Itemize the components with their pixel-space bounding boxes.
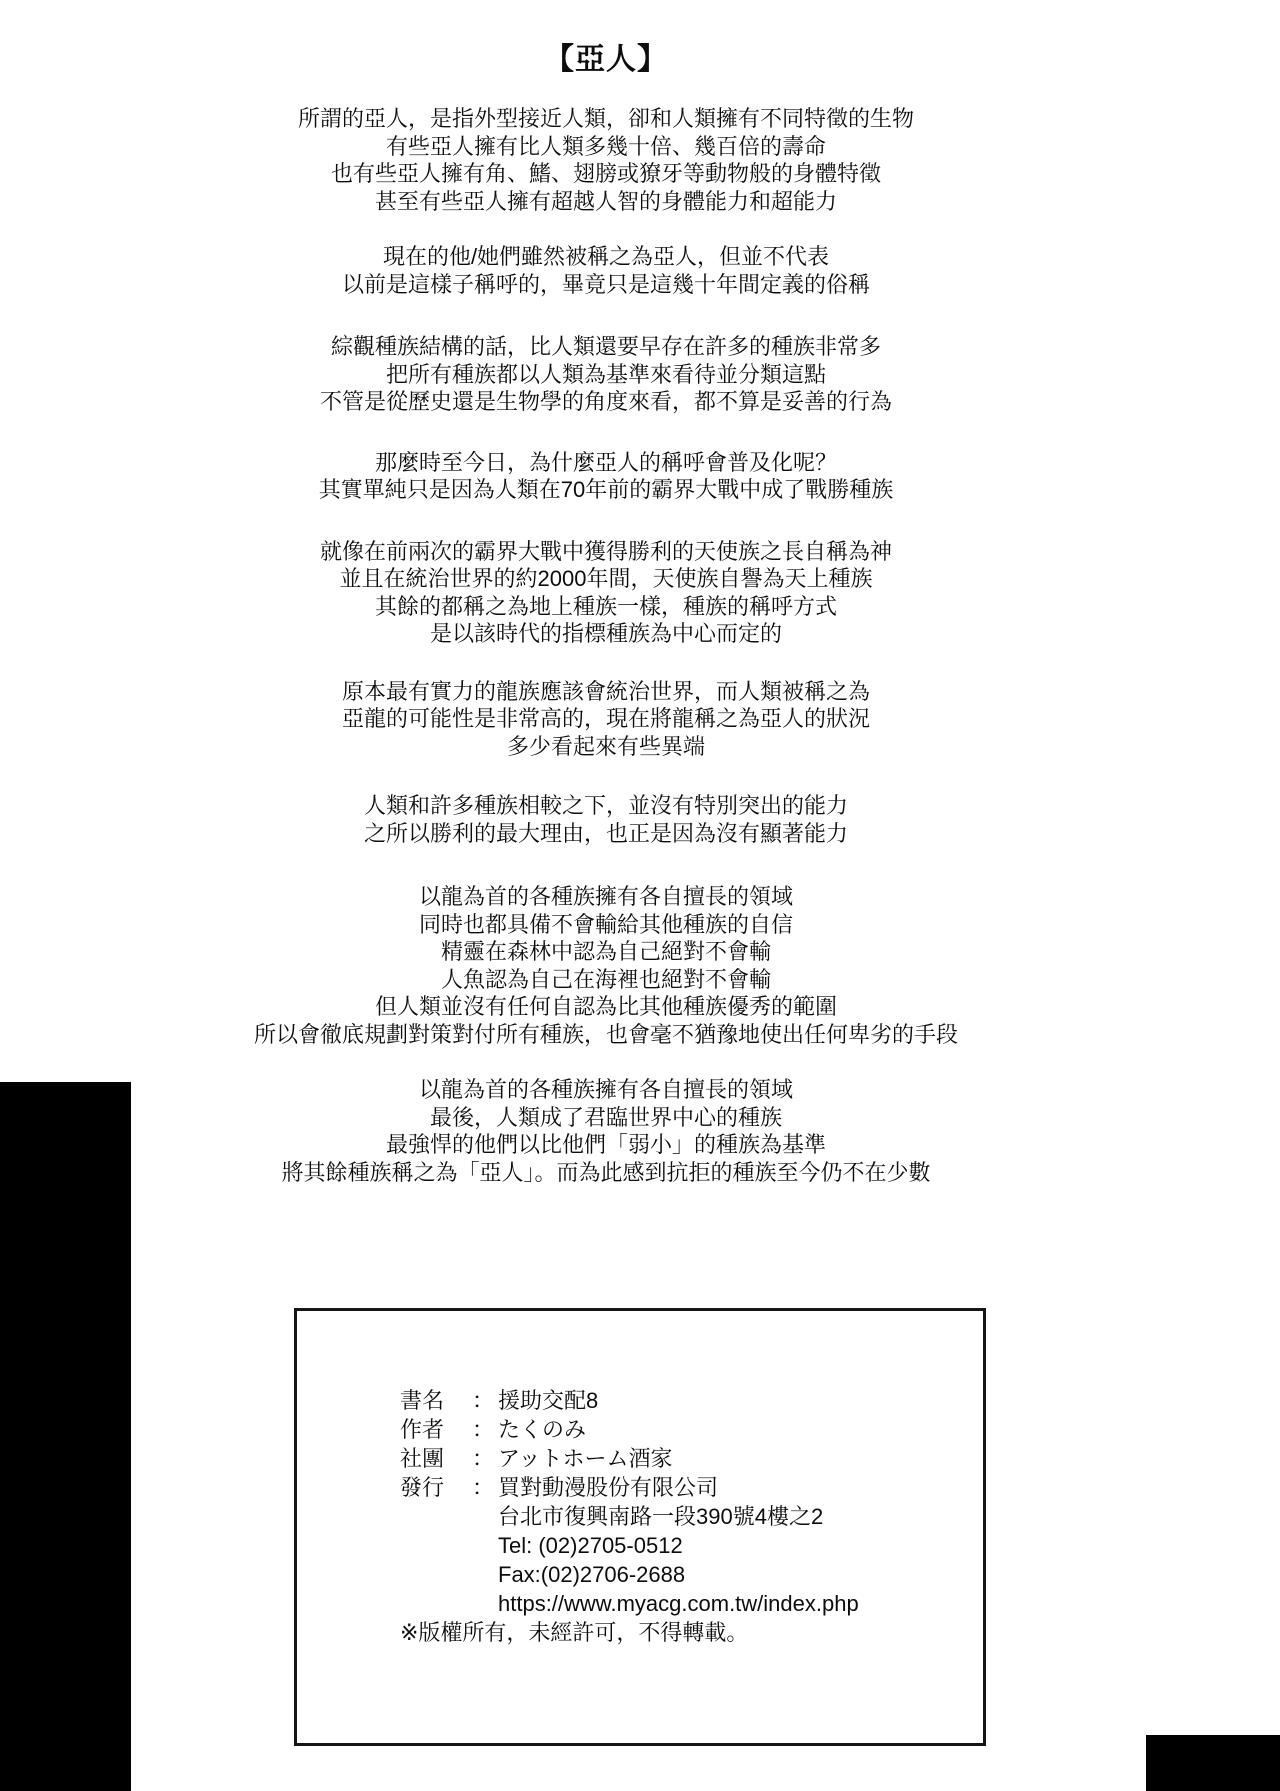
copyright-note: ※版權所有，未經許可，不得轉載。 — [400, 1618, 973, 1647]
colophon-row-publisher: 發行：買對動漫股份有限公司 — [400, 1473, 973, 1502]
paragraph-5: 就像在前兩次的霸界大戰中獲得勝利的天使族之長自稱為神 並且在統治世界的約2000… — [0, 538, 1212, 648]
scan-border-bottom-right-artifact — [1146, 1735, 1280, 1791]
paragraph-1: 所謂的亞人，是指外型接近人類，卻和人類擁有不同特徵的生物 有些亞人擁有比人類多幾… — [0, 105, 1212, 215]
paragraph-2: 現在的他/她們雖然被稱之為亞人，但並不代表 以前是這樣子稱呼的，畢竟只是這幾十年… — [0, 243, 1212, 298]
paragraph-3: 綜觀種族結構的話，比人類還要早存在許多的種族非常多 把所有種族都以人類為基準來看… — [0, 333, 1212, 416]
colophon-row-book-title: 書名：援助交配8 — [400, 1386, 973, 1415]
page-title: 【亞人】 — [0, 0, 1212, 78]
colophon-value-book-title: 援助交配8 — [498, 1386, 598, 1415]
colophon-value-author: たくのみ — [498, 1415, 586, 1444]
colophon-separator: ： — [472, 1415, 498, 1444]
colophon-label-publisher: 發行 — [400, 1473, 472, 1502]
colophon-row-circle: 社團：アットホーム酒家 — [400, 1444, 973, 1473]
colophon-label-author: 作者 — [400, 1415, 472, 1444]
publisher-details: 台北市復興南路一段390號4樓之2 Tel: (02)2705-0512 Fax… — [498, 1502, 973, 1618]
page-body: 【亞人】 所謂的亞人，是指外型接近人類，卻和人類擁有不同特徵的生物 有些亞人擁有… — [0, 0, 1212, 1186]
colophon-separator: ： — [472, 1386, 498, 1415]
paragraph-7: 人類和許多種族相較之下，並沒有特別突出的能力 之所以勝利的最大理由，也正是因為沒… — [0, 792, 1212, 847]
paragraph-6: 原本最有實力的龍族應該會統治世界，而人類被稱之為 亞龍的可能性是非常高的，現在將… — [0, 678, 1212, 761]
scan-border-left-artifact — [0, 1082, 131, 1791]
colophon-box: 書名：援助交配8 作者：たくのみ 社團：アットホーム酒家 發行：買對動漫股份有限… — [294, 1308, 986, 1746]
colophon-separator: ： — [472, 1473, 498, 1502]
colophon-separator: ： — [472, 1444, 498, 1473]
colophon-label-circle: 社團 — [400, 1444, 472, 1473]
colophon-row-author: 作者：たくのみ — [400, 1415, 973, 1444]
paragraph-4: 那麼時至今日，為什麼亞人的稱呼會普及化呢？ 其實單純只是因為人類在70年前的霸界… — [0, 449, 1212, 504]
paragraph-9: 以龍為首的各種族擁有各自擅長的領域 最後，人類成了君臨世界中心的種族 最強悍的他… — [0, 1076, 1212, 1186]
colophon-label-book-title: 書名 — [400, 1386, 472, 1415]
paragraph-8: 以龍為首的各種族擁有各自擅長的領域 同時也都具備不會輸給其他種族的自信 精靈在森… — [0, 883, 1212, 1048]
colophon-value-publisher: 買對動漫股份有限公司 — [498, 1473, 718, 1502]
colophon-value-circle: アットホーム酒家 — [498, 1444, 672, 1473]
